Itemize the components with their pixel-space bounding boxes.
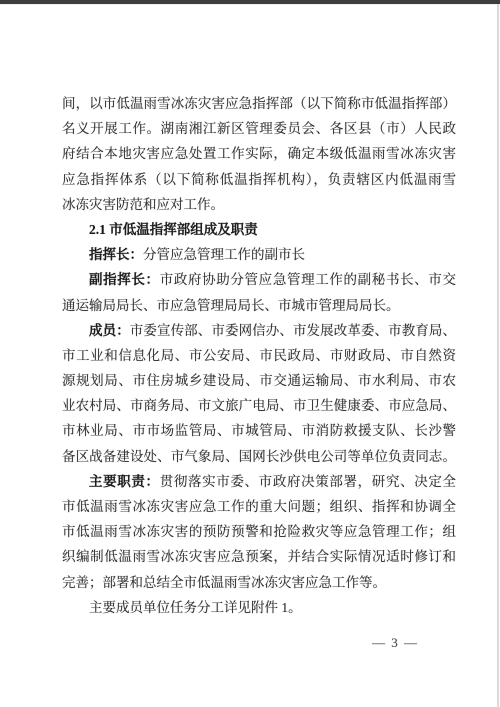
document-body: 间，以市低温雨雪冰冻灾害应急指挥部（以下简称市低温指挥部） 名义开展工作。湖南湘… — [62, 91, 456, 620]
text-run: 市工业和信息化局、市公安局、市民政局、市财政局、市自然资 — [62, 348, 456, 363]
bold-label: 成员： — [89, 323, 130, 338]
paragraph-line: 市低温雨雪冰冻灾害的预防预警和抢险救灾等应急管理工作；组 — [62, 519, 456, 544]
text-run: 名义开展工作。湖南湘江新区管理委员会、各区县（市）人民政 — [62, 121, 456, 136]
heading-text: 2.1 市低温指挥部组成及职责 — [89, 222, 258, 237]
scan-edge-top — [0, 0, 500, 5]
paragraph-line: 备区战备建设处、市气象局、国网长沙供电公司等单位负责同志。 — [62, 444, 456, 469]
paragraph-line: 业农村局、市商务局、市文旅广电局、市卫生健康委、市应急局、 — [62, 393, 456, 418]
text-run: 市委宣传部、市委网信办、市发展改革委、市教育局、 — [130, 323, 456, 338]
section-heading-2-1: 2.1 市低温指挥部组成及职责 — [62, 217, 456, 242]
text-run: 市低温雨雪冰冻灾害应急工作的重大问题；组织、指挥和协调全 — [62, 499, 456, 514]
text-run: 间，以市低温雨雪冰冻灾害应急指挥部（以下简称市低温指挥部） — [62, 96, 456, 111]
paragraph-line: 织编制低温雨雪冰冻灾害应急预案，并结合实际情况适时修订和 — [62, 544, 456, 569]
scanned-document-page: 间，以市低温雨雪冰冻灾害应急指挥部（以下简称市低温指挥部） 名义开展工作。湖南湘… — [0, 0, 500, 707]
text-run: 源规划局、市住房城乡建设局、市交通运输局、市水利局、市农 — [62, 373, 456, 388]
text-run: 市低温雨雪冰冻灾害的预防预警和抢险救灾等应急管理工作；组 — [62, 524, 456, 539]
paragraph-line: 市工业和信息化局、市公安局、市民政局、市财政局、市自然资 — [62, 343, 456, 368]
text-run: 业农村局、市商务局、市文旅广电局、市卫生健康委、市应急局、 — [62, 398, 456, 413]
paragraph-line: 完善；部署和总结全市低温雨雪冰冻灾害应急工作等。 — [62, 570, 456, 595]
paragraph-line: 应急指挥体系（以下简称低温指挥机构），负责辖区内低温雨雪 — [62, 167, 456, 192]
text-run: 应急指挥体系（以下简称低温指挥机构），负责辖区内低温雨雪 — [62, 172, 456, 187]
bold-label: 主要职责： — [89, 474, 160, 489]
paragraph-line: 间，以市低温雨雪冰冻灾害应急指挥部（以下简称市低温指挥部） — [62, 91, 456, 116]
text-run: 织编制低温雨雪冰冻灾害应急预案，并结合实际情况适时修订和 — [62, 549, 456, 564]
deputy-commander-line: 副指挥长：市政府协助分管应急管理工作的副秘书长、市交 — [62, 267, 456, 292]
main-duties-line: 主要职责：贯彻落实市委、市政府决策部署，研究、决定全 — [62, 469, 456, 494]
text-run: 贯彻落实市委、市政府决策部署，研究、决定全 — [160, 474, 456, 489]
paragraph-line: 市低温雨雪冰冻灾害应急工作的重大问题；组织、指挥和协调全 — [62, 494, 456, 519]
text-run: 府结合本地灾害应急处置工作实际，确定本级低温雨雪冰冻灾害 — [62, 146, 456, 161]
attachment-reference-line: 主要成员单位任务分工详见附件 1。 — [62, 595, 456, 620]
bold-label: 副指挥长： — [89, 272, 160, 287]
text-run: 主要成员单位任务分工详见附件 1。 — [89, 600, 302, 615]
text-run: 通运输局局长、市应急管理局局长、市城市管理局局长。 — [62, 298, 400, 313]
text-run: 市林业局、市市场监管局、市城管局、市消防救援支队、长沙警 — [62, 423, 456, 438]
commander-line: 指挥长：分管应急管理工作的副市长 — [62, 242, 456, 267]
paragraph-line: 府结合本地灾害应急处置工作实际，确定本级低温雨雪冰冻灾害 — [62, 141, 456, 166]
text-run: 市政府协助分管应急管理工作的副秘书长、市交 — [160, 272, 456, 287]
members-line: 成员：市委宣传部、市委网信办、市发展改革委、市教育局、 — [62, 318, 456, 343]
bold-label: 指挥长： — [89, 247, 143, 262]
paragraph-line: 名义开展工作。湖南湘江新区管理委员会、各区县（市）人民政 — [62, 116, 456, 141]
text-run: 完善；部署和总结全市低温雨雪冰冻灾害应急工作等。 — [62, 575, 386, 590]
page-number: — 3 — — [372, 635, 419, 651]
paragraph-line: 源规划局、市住房城乡建设局、市交通运输局、市水利局、市农 — [62, 368, 456, 393]
scan-edge-right — [497, 4, 499, 707]
text-run: 分管应急管理工作的副市长 — [143, 247, 305, 262]
text-run: 备区战备建设处、市气象局、国网长沙供电公司等单位负责同志。 — [62, 449, 456, 464]
paragraph-line: 冰冻灾害防范和应对工作。 — [62, 192, 456, 217]
text-run: 冰冻灾害防范和应对工作。 — [62, 197, 224, 212]
paragraph-line: 市林业局、市市场监管局、市城管局、市消防救援支队、长沙警 — [62, 418, 456, 443]
paragraph-line: 通运输局局长、市应急管理局局长、市城市管理局局长。 — [62, 293, 456, 318]
